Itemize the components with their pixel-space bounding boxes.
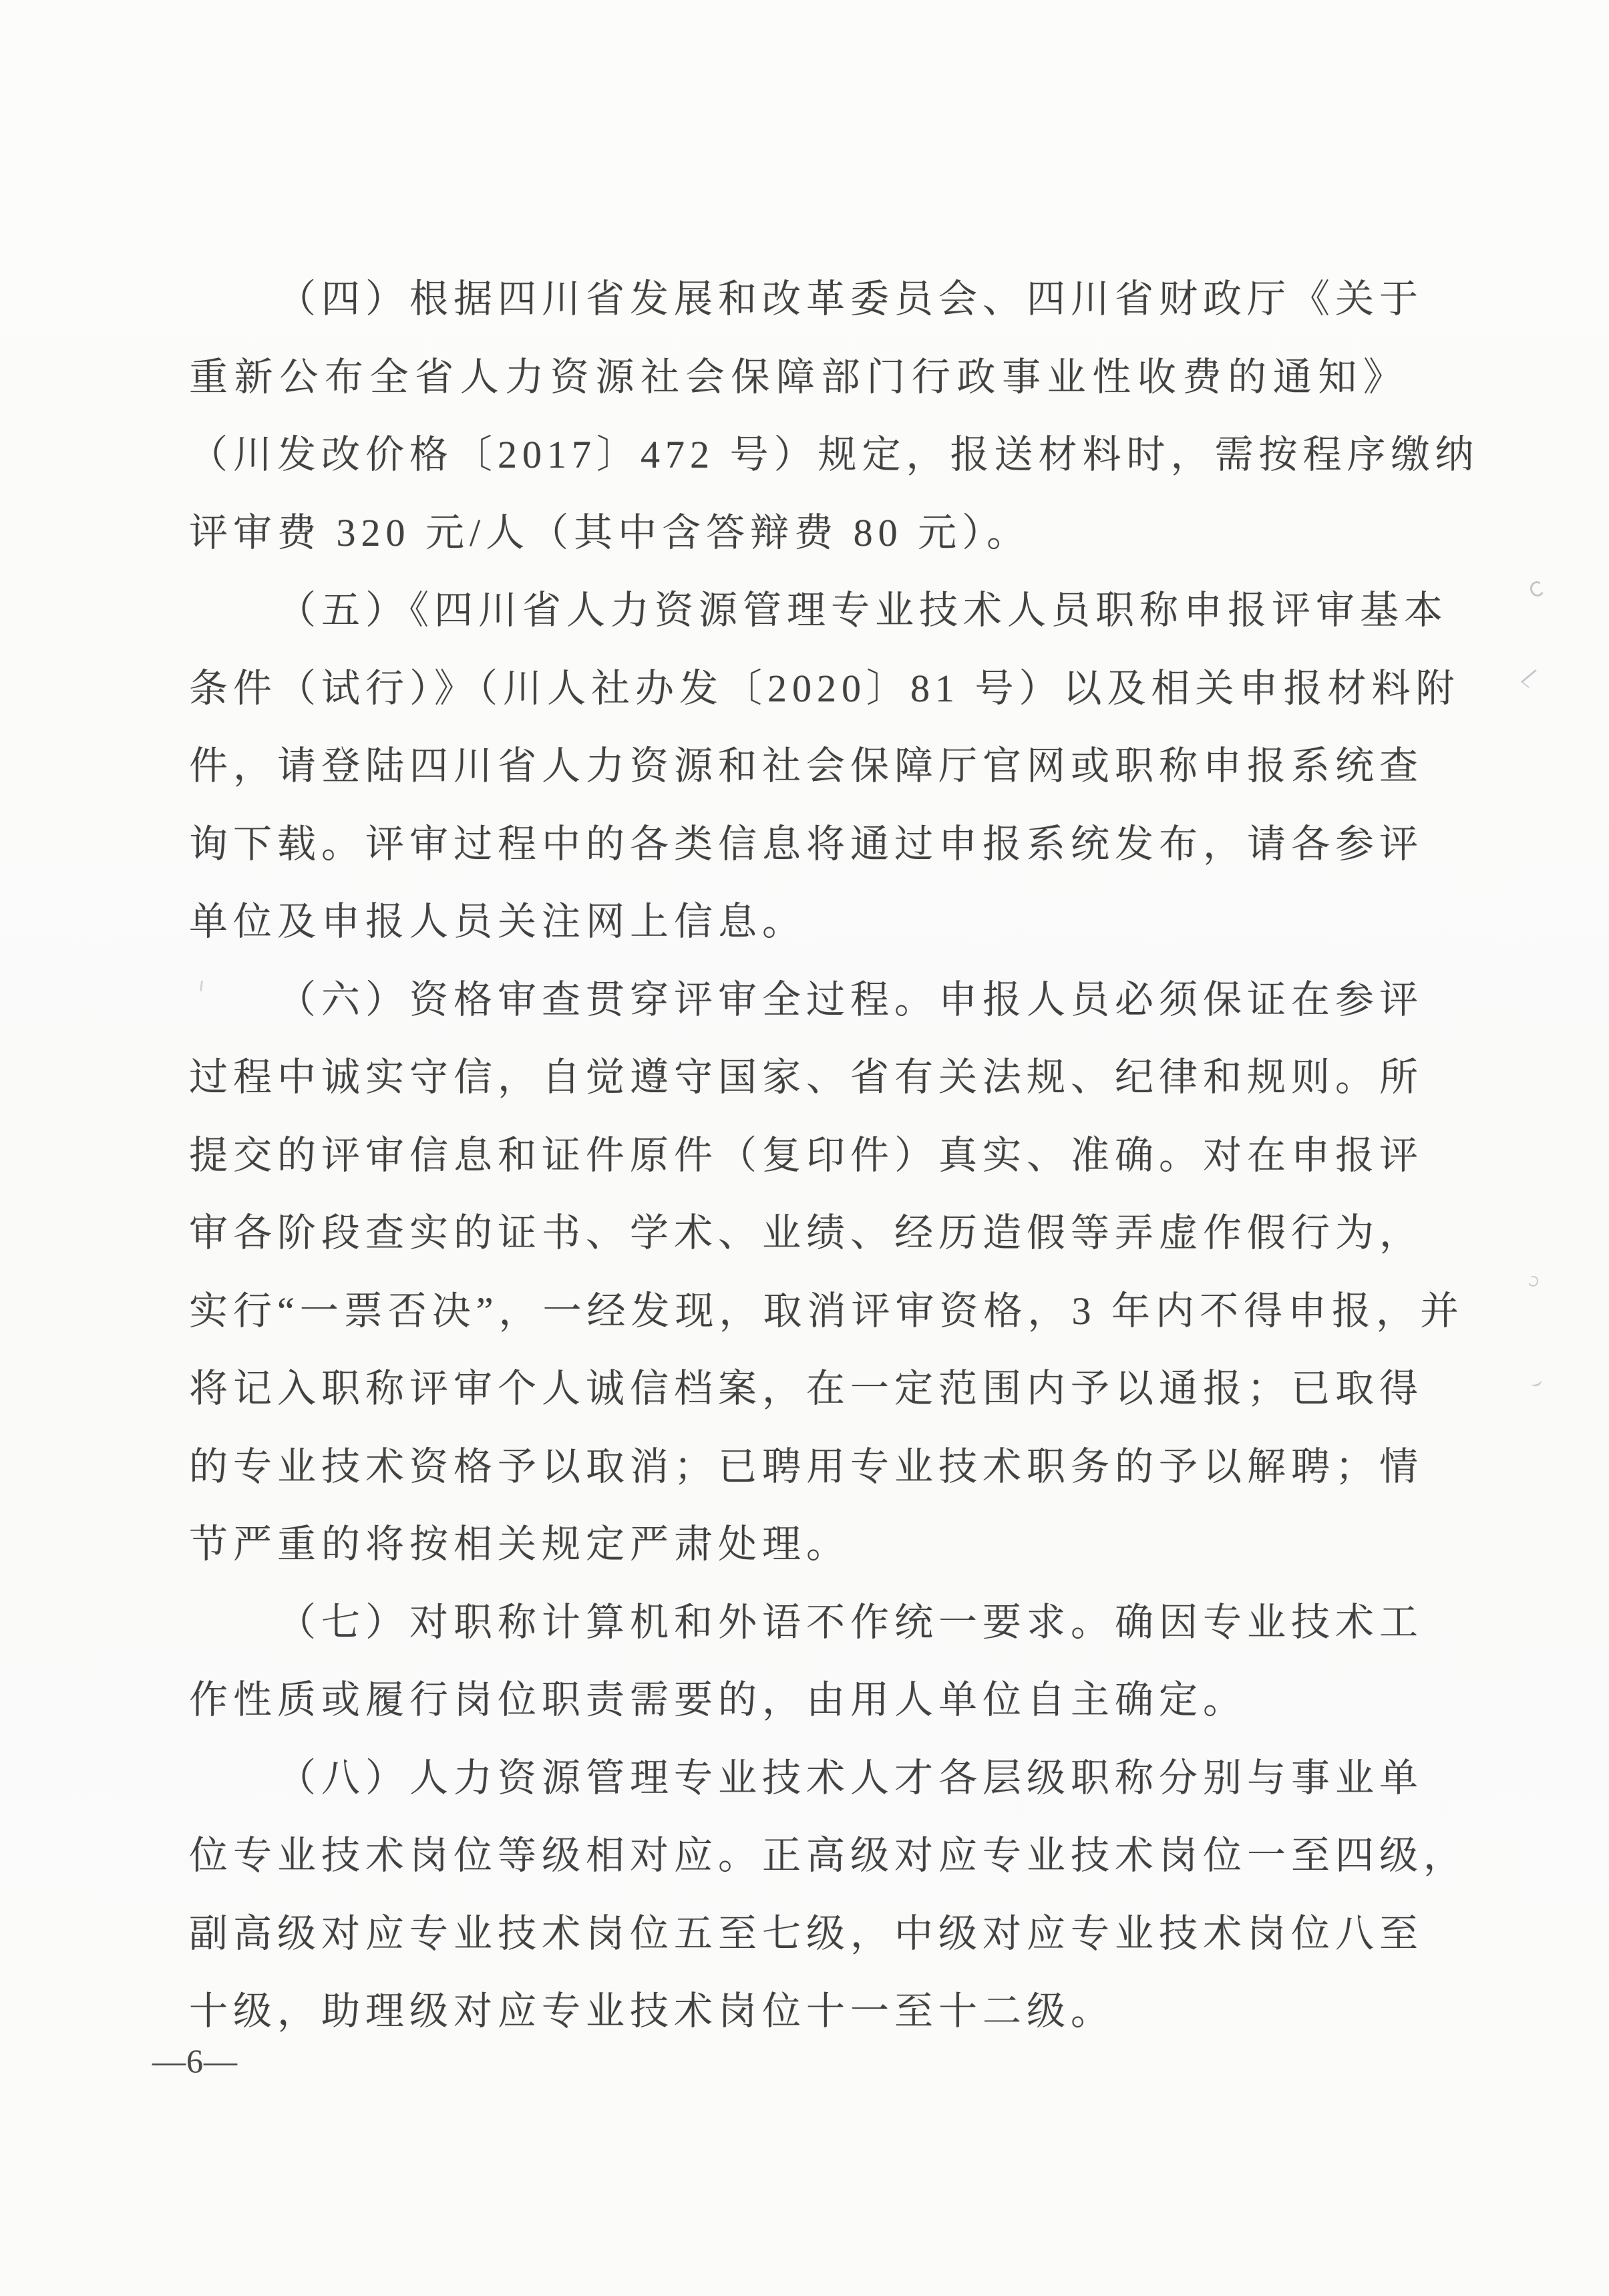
text-line: 条件（试行）》（川人社办发〔2020〕81 号）以及相关申报材料附 xyxy=(189,650,1407,728)
paragraph-item-7: （七）对职称计算机和外语不作统一要求。确因专业技术工作性质或履行岗位职责需要的，… xyxy=(189,1584,1407,1740)
text-line: 单位及申报人员关注网上信息。 xyxy=(189,883,1407,961)
text-line: 副高级对应专业技术岗位五至七级，中级对应专业技术岗位八至 xyxy=(189,1895,1407,1973)
text-line: 实行“一票否决”，一经发现，取消评审资格，3 年内不得申报，并 xyxy=(189,1273,1407,1351)
text-line: 十级，助理级对应专业技术岗位十一至十二级。 xyxy=(189,1973,1407,2051)
paragraph-item-5: （五）《四川省人力资源管理专业技术人员职称申报评审基本条件（试行）》（川人社办发… xyxy=(189,572,1407,961)
text-line: 将记入职称评审个人诚信档案，在一定范围内予以通报；已取得 xyxy=(189,1350,1407,1428)
scan-artifact xyxy=(1521,669,1544,688)
text-line: 过程中诚实守信，自觉遵守国家、省有关法规、纪律和规则。所 xyxy=(189,1039,1407,1117)
scan-artifact xyxy=(1528,580,1546,599)
scan-artifact xyxy=(1530,1375,1543,1387)
text-line: 重新公布全省人力资源社会保障部门行政事业性收费的通知》 xyxy=(189,339,1407,417)
text-line: 节严重的将按相关规定严肃处理。 xyxy=(189,1506,1407,1584)
text-line: （五）《四川省人力资源管理专业技术人员职称申报评审基本 xyxy=(189,572,1407,650)
text-line: 作性质或履行岗位职责需要的，由用人单位自主确定。 xyxy=(189,1661,1407,1740)
text-line: （四）根据四川省发展和改革委员会、四川省财政厅《关于 xyxy=(189,261,1407,339)
paragraph-item-6: （六）资格审查贯穿评审全过程。申报人员必须保证在参评过程中诚实守信，自觉遵守国家… xyxy=(189,961,1407,1584)
text-line: 审各阶段查实的证书、学术、业绩、经历造假等弄虚作假行为， xyxy=(189,1194,1407,1273)
text-line: 的专业技术资格予以取消；已聘用专业技术职务的予以解聘；情 xyxy=(189,1428,1407,1506)
text-line: （七）对职称计算机和外语不作统一要求。确因专业技术工 xyxy=(189,1584,1407,1662)
text-line: 询下载。评审过程中的各类信息将通过申报系统发布，请各参评 xyxy=(189,806,1407,884)
text-line: （六）资格审查贯穿评审全过程。申报人员必须保证在参评 xyxy=(189,961,1407,1039)
document-page: （四）根据四川省发展和改革委员会、四川省财政厅《关于重新公布全省人力资源社会保障… xyxy=(0,0,1609,2296)
scan-artifact xyxy=(1527,1275,1540,1288)
text-line: 提交的评审信息和证件原件（复印件）真实、准确。对在申报评 xyxy=(189,1117,1407,1195)
paragraph-item-4: （四）根据四川省发展和改革委员会、四川省财政厅《关于重新公布全省人力资源社会保障… xyxy=(189,261,1407,572)
text-line: （八）人力资源管理专业技术人才各层级职称分别与事业单 xyxy=(189,1740,1407,1818)
page-number: —6— xyxy=(152,2041,238,2081)
paragraph-item-8: （八）人力资源管理专业技术人才各层级职称分别与事业单位专业技术岗位等级相对应。正… xyxy=(189,1740,1407,2051)
text-line: 件，请登陆四川省人力资源和社会保障厅官网或职称申报系统查 xyxy=(189,727,1407,806)
document-body: （四）根据四川省发展和改革委员会、四川省财政厅《关于重新公布全省人力资源社会保障… xyxy=(189,261,1407,2051)
text-line: （川发改价格〔2017〕472 号）规定，报送材料时，需按程序缴纳 xyxy=(189,416,1407,494)
text-line: 评审费 320 元/人（其中含答辩费 80 元）。 xyxy=(189,494,1407,572)
text-line: 位专业技术岗位等级相对应。正高级对应专业技术岗位一至四级， xyxy=(189,1817,1407,1895)
